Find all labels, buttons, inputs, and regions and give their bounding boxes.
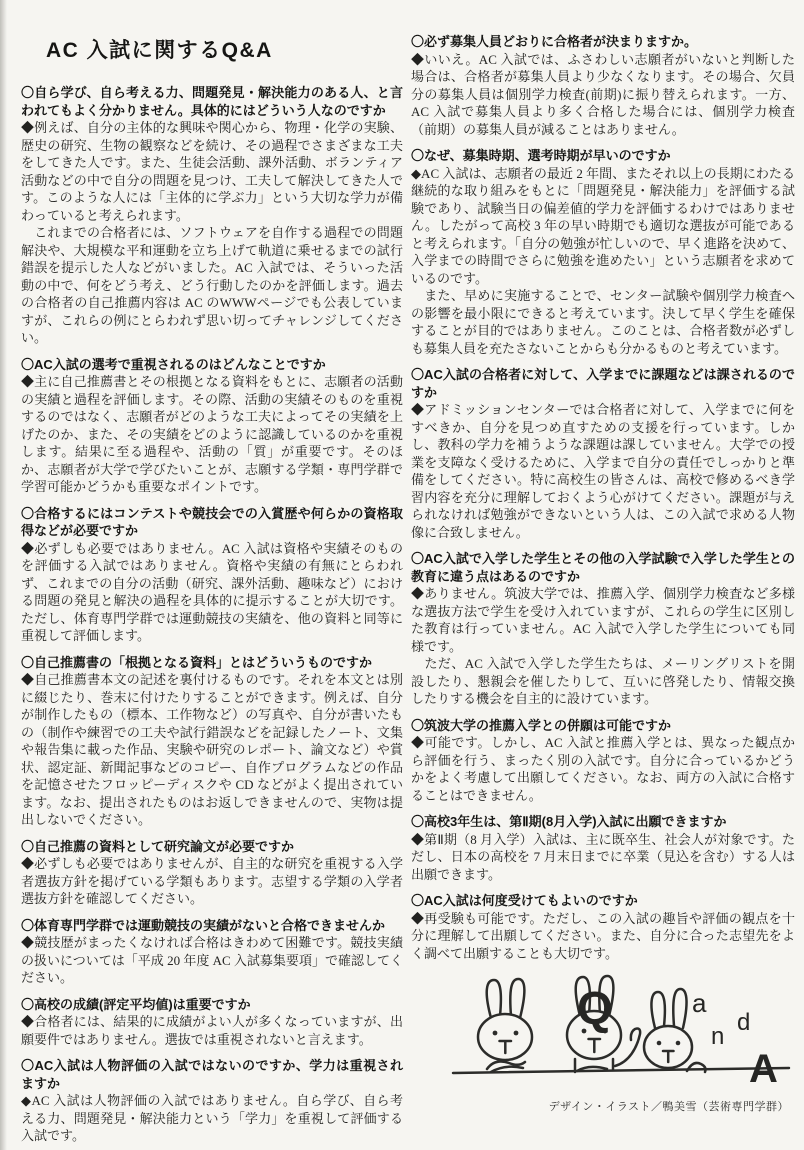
answer-paragraph: ◆合格者には、結果的に成績がよい人が多くなっていますが、出願要件ではありません。…: [21, 1013, 403, 1048]
qa-block: 〇AC入試で入学した学生とその他の入学試験で入学した学生との教育に違う点はあるの…: [411, 550, 795, 708]
answer-paragraph: これまでの合格者には、ソフトウェアを自作する過程での問題解決や、大規模な平和運動…: [21, 224, 403, 347]
rabbits-illustration: Q a n d A: [449, 972, 794, 1094]
table-line-graphic: [453, 1068, 789, 1073]
answer-paragraph: ◆可能です。しかし、AC 入試と推薦入学とは、異なった観点から評価を行う、まった…: [411, 734, 795, 804]
answer-paragraph: ◆自己推薦書本文の記述を裏付けるものです。それを本文とは別に綴じたり、巻末に付け…: [21, 671, 403, 829]
question: 〇AC入試の合格者に対して、入学までに課題などは課されるのですか: [411, 366, 795, 401]
question: 〇必ず募集人員どおりに合格者が決まりますか。: [411, 33, 795, 51]
rabbit-1-graphic: [478, 979, 532, 1072]
question: 〇なぜ、募集時期、選考時期が早いのですか: [411, 147, 795, 165]
answer-paragraph: ◆ありません。筑波大学では、推薦入学、個別学力検査など多様な選抜方法で学生を受け…: [411, 585, 795, 655]
letter-q: Q: [577, 982, 613, 1034]
qa-block: 〇AC入試の合格者に対して、入学までに課題などは課されるのですか ◆アドミッショ…: [411, 366, 795, 541]
answer-paragraph: ◆主に自己推薦書とその根拠となる資料をもとに、志願者の活動の実績と過程を評価しま…: [21, 373, 403, 496]
letter-cap-a: A: [749, 1047, 778, 1091]
answer-paragraph: ◆必ずしも必要ではありません。AC 入試は資格や実績そのものを評価する入試ではあ…: [21, 540, 403, 645]
question: 〇体育専門学群では運動競技の実績がないと合格できませんか: [21, 917, 403, 935]
question: 〇AC入試は何度受けてもよいのですか: [411, 892, 795, 910]
answer-paragraph: ◆例えば、自分の主体的な興味や関心から、物理・化学の実験、歴史の研究、生物の観察…: [21, 119, 403, 224]
qa-block: 〇AC入試の選考で重視されるのはどんなことですか ◆主に自己推薦書とその根拠とな…: [21, 356, 403, 496]
answer-paragraph: ◆AC 入試は、志願者の最近 2 年間、またそれ以上の長期にわたる継続的な取り組…: [411, 165, 795, 288]
question: 〇自ら学び、自ら考える力、問題発見・解決能力のある人、と言われてもよく分かりませ…: [21, 84, 403, 119]
question: 〇自己推薦書の「根拠となる資料」とはどういうものですか: [21, 654, 403, 672]
qa-block: 〇体育専門学群では運動競技の実績がないと合格できませんか ◆競技歴がまったくなけ…: [21, 917, 403, 987]
qa-block: 〇必ず募集人員どおりに合格者が決まりますか。 ◆いいえ。AC 入試では、ふさわし…: [411, 33, 795, 138]
qa-block: 〇合格するにはコンテストや競技会での入賞歴や何らかの資格取得などが必要ですか ◆…: [21, 505, 403, 645]
question: 〇自己推薦の資料として研究論文が必要ですか: [21, 838, 403, 856]
question: 〇合格するにはコンテストや競技会での入賞歴や何らかの資格取得などが必要ですか: [21, 505, 403, 540]
scan-edge-shadow: [0, 0, 7, 1150]
left-column: AC 入試に関するQ&A 〇自ら学び、自ら考える力、問題発見・解決能力のある人、…: [21, 30, 403, 1150]
qa-block: 〇なぜ、募集時期、選考時期が早いのですか ◆AC 入試は、志願者の最近 2 年間…: [411, 147, 795, 357]
qa-block: 〇高校3年生は、第Ⅱ期(8月入学)入試に出願できますか ◆第Ⅱ期（8 月入学）入…: [411, 813, 795, 883]
qa-block: 〇自己推薦書の「根拠となる資料」とはどういうものですか ◆自己推薦書本文の記述を…: [21, 654, 403, 829]
answer-paragraph: また、早めに実施することで、センター試験や個別学力検査への影響を最小限にできると…: [411, 287, 795, 357]
answer-paragraph: ◆再受験も可能です。ただし、この入試の趣旨や評価の観点を十分に理解して出願してく…: [411, 910, 795, 963]
page-title: AC 入試に関するQ&A: [46, 34, 403, 64]
answer-paragraph: ◆必ずしも必要ではありませんが、自主的な研究を重視する入学者選抜方針を掲げている…: [21, 855, 403, 908]
answer-paragraph: ◆AC 入試は人物評価の入試ではありません。自ら学び、自ら考える力、問題発見・解…: [21, 1092, 403, 1145]
question: 〇AC入試は人物評価の入試ではないのですか、学力は重視されますか: [21, 1057, 403, 1092]
question: 〇高校3年生は、第Ⅱ期(8月入学)入試に出願できますか: [411, 813, 795, 831]
scanned-page: AC 入試に関するQ&A 〇自ら学び、自ら考える力、問題発見・解決能力のある人、…: [0, 0, 804, 1150]
illustration-area: Q a n d A デザイン・イラスト／鴨美雪（芸術専門学群）: [449, 972, 795, 1114]
qa-block: 〇自ら学び、自ら考える力、問題発見・解決能力のある人、と言われてもよく分かりませ…: [21, 84, 403, 347]
answer-paragraph: ◆いいえ。AC 入試では、ふさわしい志願者がいないと判断した場合は、合格者が募集…: [411, 51, 795, 139]
answer-paragraph: ◆第Ⅱ期（8 月入学）入試は、主に既卒生、社会人が対象です。ただし、日本の高校を…: [411, 831, 795, 884]
qa-block: 〇自己推薦の資料として研究論文が必要ですか ◆必ずしも必要ではありませんが、自主…: [21, 838, 403, 908]
letter-n: n: [711, 1023, 724, 1050]
illustration-credit: デザイン・イラスト／鴨美雪（芸術専門学群）: [449, 1098, 795, 1114]
answer-paragraph: ◆競技歴がまったくなければ合格はきわめて困難です。競技実績の扱いについては「平成…: [21, 934, 403, 987]
question: 〇AC入試で入学した学生とその他の入学試験で入学した学生との教育に違う点はあるの…: [411, 550, 795, 585]
answer-paragraph: ただ、AC 入試で入学した学生たちは、メーリングリストを開設したり、懇親会を催し…: [411, 655, 795, 708]
qa-block: 〇高校の成績(評定平均値)は重要ですか ◆合格者には、結果的に成績がよい人が多く…: [21, 996, 403, 1049]
qa-block: 〇AC入試は何度受けてもよいのですか ◆再受験も可能です。ただし、この入試の趣旨…: [411, 892, 795, 962]
question: 〇筑波大学の推薦入学との併願は可能ですか: [411, 717, 795, 735]
answer-paragraph: ◆アドミッションセンターでは合格者に対して、入学までに何をすべきか、自分を見つめ…: [411, 401, 795, 541]
qa-block: 〇AC入試は人物評価の入試ではないのですか、学力は重視されますか ◆AC 入試は…: [21, 1057, 403, 1145]
letter-d: d: [737, 1009, 750, 1036]
question: 〇AC入試の選考で重視されるのはどんなことですか: [21, 356, 403, 374]
right-column: 〇必ず募集人員どおりに合格者が決まりますか。 ◆いいえ。AC 入試では、ふさわし…: [411, 33, 795, 1114]
letter-a: a: [692, 988, 707, 1018]
question: 〇高校の成績(評定平均値)は重要ですか: [21, 996, 403, 1014]
qa-block: 〇筑波大学の推薦入学との併願は可能ですか ◆可能です。しかし、AC 入試と推薦入…: [411, 717, 795, 805]
